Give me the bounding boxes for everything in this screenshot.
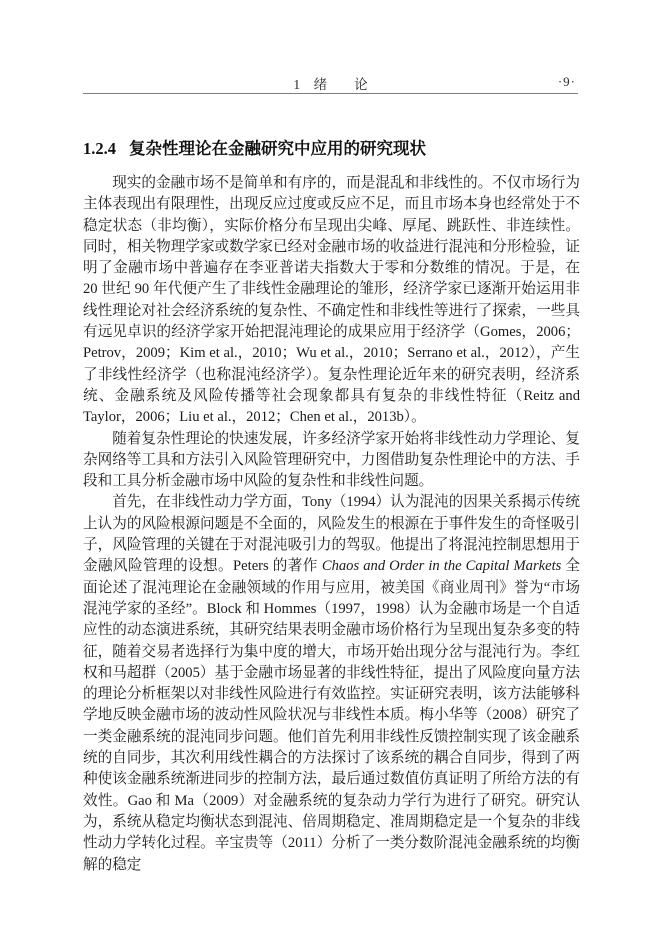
paragraph-2: 随着复杂性理论的快速发展，许多经济学家开始将非线性动力学理论、复杂网络等工具和方… bbox=[83, 429, 580, 493]
body-text: 现实的金融市场不是简单和有序的，而是混乱和非线性的。不仅市场行为主体表现出有限理… bbox=[83, 173, 580, 876]
paragraph-1: 现实的金融市场不是简单和有序的，而是混乱和非线性的。不仅市场行为主体表现出有限理… bbox=[83, 173, 580, 429]
header-rule bbox=[83, 93, 578, 94]
paragraph-3: 首先，在非线性动力学方面，Tony（1994）认为混沌的因果关系揭示传统上认为的… bbox=[83, 492, 580, 875]
section-heading: 1.2.4复杂性理论在金融研究中应用的研究现状 bbox=[83, 135, 426, 159]
section-title: 复杂性理论在金融研究中应用的研究现状 bbox=[129, 140, 426, 158]
section-number: 1.2.4 bbox=[83, 139, 116, 158]
page-header: 1 绪 论 ·9· bbox=[83, 73, 578, 93]
page-number: ·9· bbox=[558, 74, 576, 90]
document-page: 1 绪 论 ·9· 1.2.4复杂性理论在金融研究中应用的研究现状 现实的金融市… bbox=[0, 0, 661, 925]
running-head-chapter-title: 1 绪 论 bbox=[83, 73, 578, 93]
